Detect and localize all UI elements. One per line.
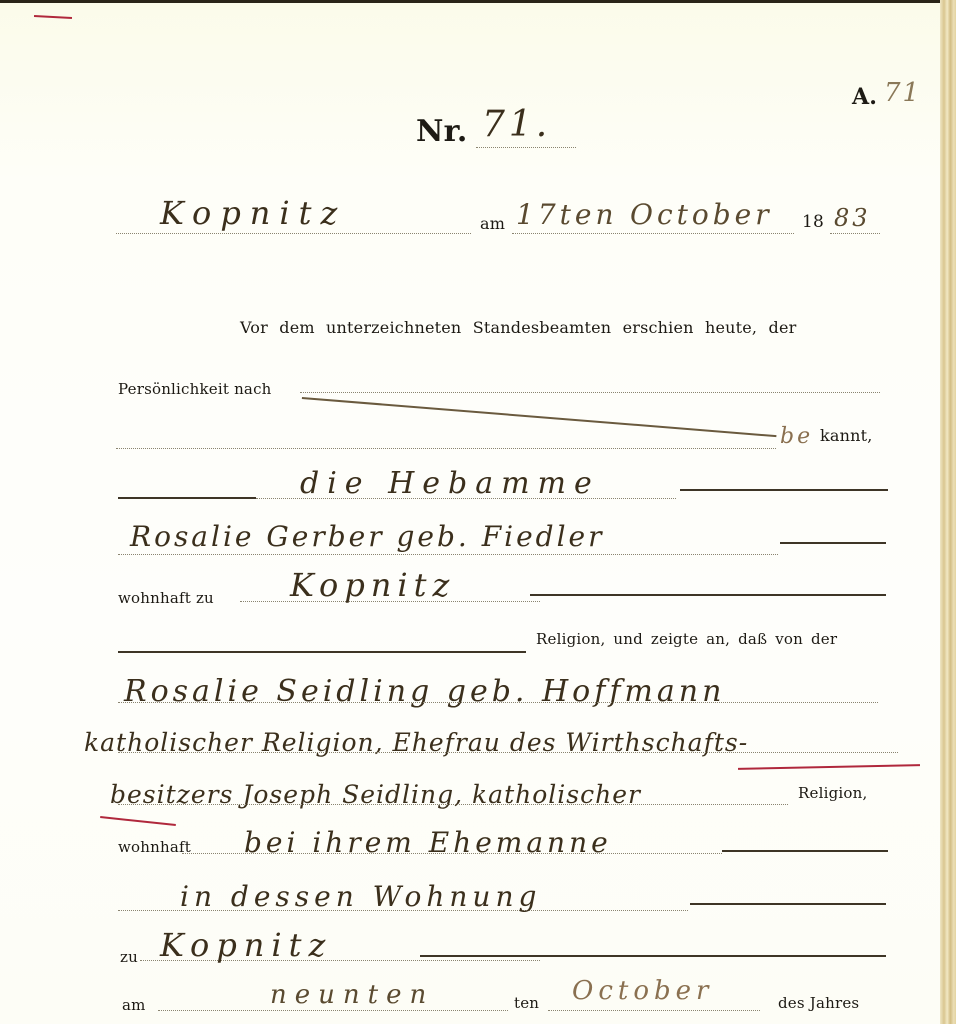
record-number-label: Nr. xyxy=(416,114,468,149)
mother-name: Rosalie Seidling geb. Hoffmann xyxy=(124,674,725,709)
residence2-value: bei ihrem Ehemanne xyxy=(244,826,612,859)
religion-sentence: Religion, und zeigte an, daß von der xyxy=(536,630,837,648)
residence2-line-2-value: in dessen Wohnung xyxy=(180,880,541,913)
zu-label: zu xyxy=(120,948,138,966)
year-line xyxy=(830,233,880,234)
known-label: kannt, xyxy=(820,426,873,445)
book-binding xyxy=(940,0,956,1024)
mother-line-3-rule xyxy=(118,804,788,805)
informant-title: die Hebamme xyxy=(300,466,600,501)
fill-rule xyxy=(420,955,886,957)
residence-label: wohnhaft zu xyxy=(118,589,214,607)
register-page xyxy=(0,0,942,1024)
fill-rule xyxy=(118,497,256,499)
day2-line xyxy=(158,1010,508,1011)
am-label: am xyxy=(480,214,505,233)
fill-rule xyxy=(722,850,888,852)
mother-name-line xyxy=(118,702,878,703)
informant-name-line xyxy=(118,554,778,555)
day-value: 17ten xyxy=(516,198,617,231)
year-label: des Jahres xyxy=(778,994,859,1012)
fill-rule xyxy=(680,489,888,491)
place-value: Kopnitz xyxy=(160,194,346,232)
ten-label: ten xyxy=(514,994,539,1012)
date-line xyxy=(512,233,794,234)
corner-label: A. xyxy=(852,84,877,110)
place-line xyxy=(116,233,471,234)
scan-edge xyxy=(0,0,956,3)
identity-label: Persönlichkeit nach xyxy=(118,380,272,398)
year-written: 83 xyxy=(834,204,871,232)
fill-rule xyxy=(118,651,526,653)
month-value: October xyxy=(630,198,773,231)
identity-line xyxy=(300,392,880,393)
month2-line xyxy=(548,1010,760,1011)
am-label-2: am xyxy=(122,996,146,1014)
residence2-label: wohnhaft xyxy=(118,838,191,856)
mother-line-2-rule xyxy=(118,752,898,753)
fill-rule xyxy=(530,594,886,596)
month2-value: October xyxy=(572,976,713,1006)
fill-rule xyxy=(780,542,886,544)
informant-name: Rosalie Gerber geb. Fiedler xyxy=(130,520,605,553)
record-number-line xyxy=(476,147,576,148)
known-line xyxy=(116,448,776,449)
year-printed: 18 xyxy=(802,212,824,232)
religion-label: Religion, xyxy=(798,784,867,802)
residence-value: Kopnitz xyxy=(290,566,455,604)
corner-number: 71 xyxy=(884,78,921,108)
day2-value: neunten xyxy=(270,980,434,1010)
known-prefix: be xyxy=(780,424,813,449)
zu-value: Kopnitz xyxy=(160,926,332,964)
record-number-value: 71. xyxy=(482,104,551,145)
intro-text: Vor dem unterzeichneten Standesbeamten e… xyxy=(240,318,796,337)
fill-rule xyxy=(690,903,886,905)
